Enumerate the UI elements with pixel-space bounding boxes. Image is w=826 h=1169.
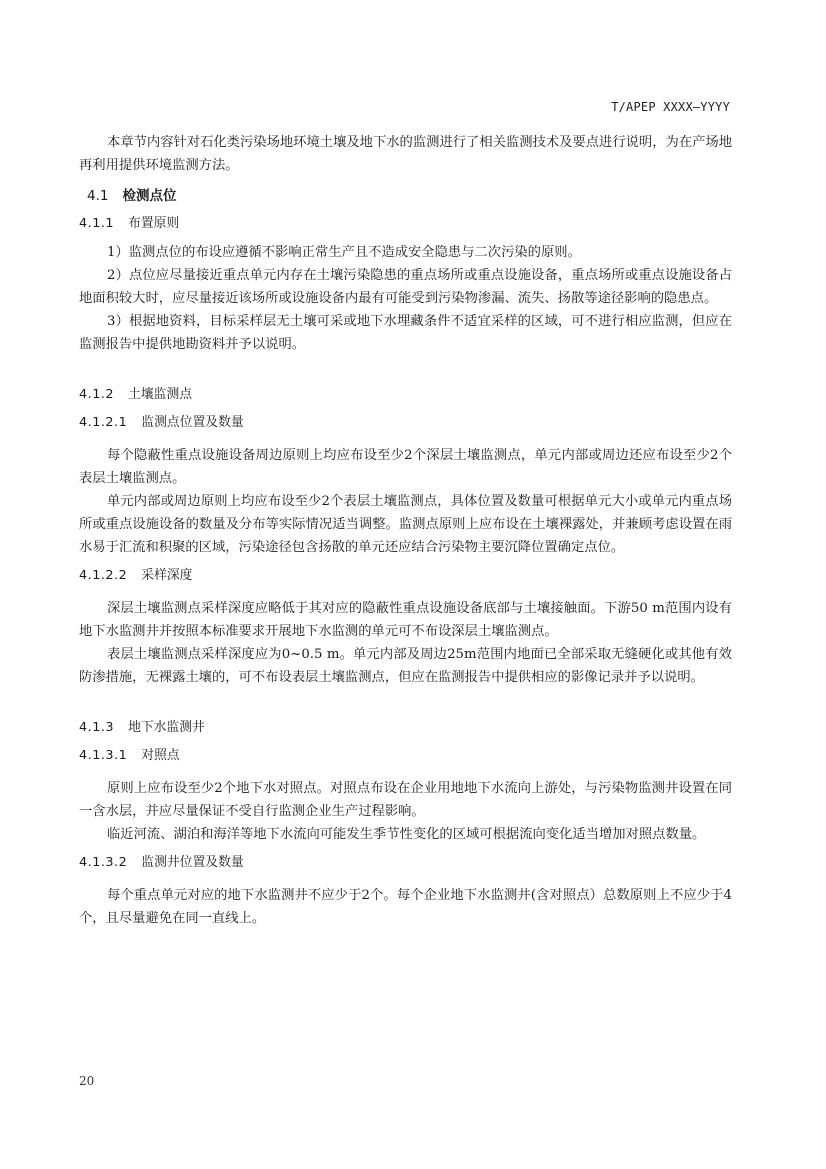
- heading-number: 4.1.3: [79, 720, 114, 735]
- paragraph: 1）监测点位的布设应遵循不影响正常生产且不造成安全隐患与二次污染的原则。: [79, 241, 732, 264]
- heading-4-1: 4.1检测点位: [87, 185, 732, 207]
- paragraph: 原则上应布设至少2个地下水对照点。对照点布设在企业用地地下水流向上游处，与污染物…: [79, 777, 732, 823]
- heading-number: 4.1.2: [79, 387, 114, 402]
- paragraph: 2）点位应尽量接近重点单元内存在土壤污染隐患的重点场所或重点设施设备，重点场所或…: [79, 264, 732, 310]
- heading-number: 4.1.3.1: [79, 748, 127, 763]
- heading-4-1-2-2: 4.1.2.2采样深度: [79, 565, 732, 587]
- heading-title: 土壤监测点: [128, 387, 192, 402]
- heading-4-1-1: 4.1.1布置原则: [79, 213, 732, 235]
- heading-title: 监测井位置及数量: [141, 855, 243, 870]
- heading-4-1-2-1: 4.1.2.1监测点位置及数量: [79, 412, 732, 434]
- document-page: T/APEP XXXX—YYYY 本章节内容针对石化类污染场地环境土壤及地下水的…: [0, 0, 826, 1169]
- paragraph: 每个重点单元对应的地下水监测井不应少于2个。每个企业地下水监测井(含对照点）总数…: [79, 884, 732, 930]
- heading-title: 布置原则: [128, 216, 179, 231]
- heading-title: 地下水监测井: [128, 720, 205, 735]
- paragraph: 每个隐蔽性重点设施设备周边原则上均应布设至少2个深层土壤监测点，单元内部或周边还…: [79, 444, 732, 490]
- paragraph: 临近河流、湖泊和海洋等地下水流向可能发生季节性变化的区域可根据流向变化适当增加对…: [79, 823, 732, 846]
- heading-title: 对照点: [141, 748, 179, 763]
- heading-number: 4.1.3.2: [79, 855, 127, 870]
- heading-4-1-2: 4.1.2土壤监测点: [79, 384, 732, 406]
- paragraph: 深层土壤监测点采样深度应略低于其对应的隐蔽性重点设施设备底部与土壤接触面。下游5…: [79, 597, 732, 643]
- heading-4-1-3-2: 4.1.3.2监测井位置及数量: [79, 852, 732, 874]
- heading-number: 4.1.2.2: [79, 568, 127, 583]
- heading-title: 采样深度: [141, 568, 192, 583]
- heading-number: 4.1.1: [79, 216, 114, 231]
- page-number: 20: [79, 1074, 94, 1088]
- paragraph: 表层土壤监测点采样深度应为0~0.5 m。单元内部及周边25m范围内地面已全部采…: [79, 643, 732, 689]
- paragraph: 3）根据地资料，目标采样层无土壤可采或地下水埋藏条件不适宜采样的区域，可不进行相…: [79, 310, 732, 356]
- intro-paragraph: 本章节内容针对石化类污染场地环境土壤及地下水的监测进行了相关监测技术及要点进行说…: [79, 131, 732, 177]
- paragraph: 单元内部或周边原则上均应布设至少2个表层土壤监测点，具体位置及数量可根据单元大小…: [79, 490, 732, 559]
- heading-4-1-3-1: 4.1.3.1对照点: [79, 745, 732, 767]
- heading-number: 4.1: [87, 188, 108, 204]
- heading-4-1-3: 4.1.3地下水监测井: [79, 717, 732, 739]
- heading-title: 监测点位置及数量: [141, 415, 243, 430]
- heading-number: 4.1.2.1: [79, 415, 127, 430]
- page-content: 本章节内容针对石化类污染场地环境土壤及地下水的监测进行了相关监测技术及要点进行说…: [79, 131, 732, 930]
- document-code-header: T/APEP XXXX—YYYY: [611, 100, 730, 114]
- heading-title: 检测点位: [122, 188, 176, 204]
